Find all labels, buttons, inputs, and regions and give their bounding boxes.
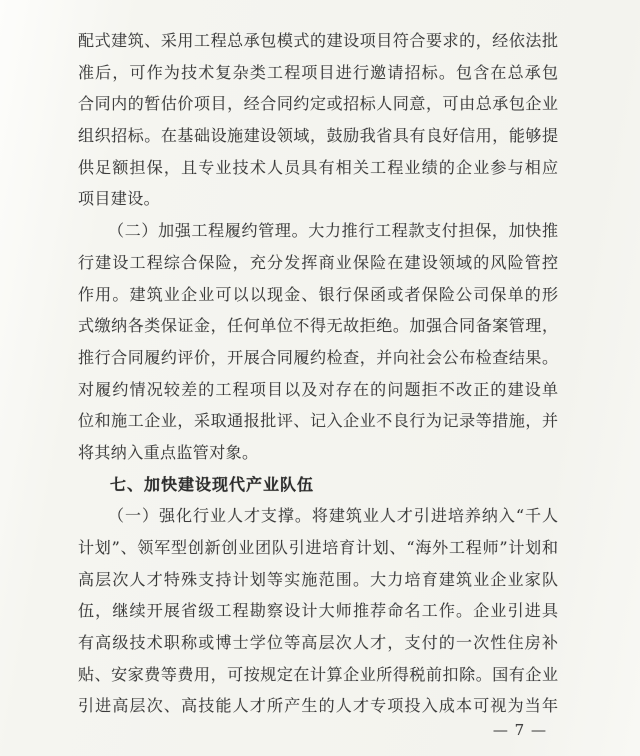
- text-line: 推行合同履约评价，开展合同履约检查，并向社会公布检查结果。: [78, 342, 558, 374]
- text-line: 作用。建筑业企业可以以现金、银行保函或者保险公司保单的形: [78, 279, 558, 311]
- text-line: 对履约情况较差的工程项目以及对存在的问题拒不改正的建设单: [78, 374, 558, 406]
- text-line: （一）强化行业人才支撑。将建筑业人才引进培养纳入“千人: [78, 500, 558, 532]
- text-line: 贴、安家费等费用，可按规定在计算企业所得税前扣除。国有企业: [78, 659, 558, 691]
- text-line: 伍，继续开展省级工程勘察设计大师推荐命名工作。企业引进具: [78, 595, 558, 627]
- text-line: 高层次人才特殊支持计划等实施范围。大力培育建筑业企业家队: [78, 564, 558, 596]
- text-line: 将其纳入重点监管对象。: [78, 437, 558, 469]
- text-line: 项目建设。: [78, 183, 558, 215]
- text-line: 计划”、领军型创新创业团队引进培育计划、“海外工程师”计划和: [78, 532, 558, 564]
- section-heading: 七、加快建设现代产业队伍: [78, 469, 558, 501]
- scanned-document-page: 配式建筑、采用工程总承包模式的建设项目符合要求的，经依法批准后，可作为技术复杂类…: [0, 0, 640, 756]
- text-line: 组织招标。在基础设施建设领域，鼓励我省具有良好信用，能够提: [78, 120, 558, 152]
- text-line: 配式建筑、采用工程总承包模式的建设项目符合要求的，经依法批: [78, 25, 558, 57]
- page-number: — 7 —: [0, 718, 547, 742]
- text-line: 准后，可作为技术复杂类工程项目进行邀请招标。包含在总承包: [78, 57, 558, 89]
- text-line: 行建设工程综合保险，充分发挥商业保险在建设领域的风险管控: [78, 247, 558, 279]
- text-line: 有高级技术职称或博士学位等高层次人才，支付的一次性住房补: [78, 627, 558, 659]
- text-line: （二）加强工程履约管理。大力推行工程款支付担保，加快推: [78, 215, 558, 247]
- text-line: 式缴纳各类保证金，任何单位不得无故拒绝。加强合同备案管理，: [78, 310, 558, 342]
- text-line: 位和施工企业，采取通报批评、记入企业不良行为记录等措施，并: [78, 405, 558, 437]
- text-line: 供足额担保，且专业技术人员具有相关工程业绩的企业参与相应: [78, 152, 558, 184]
- document-body: 配式建筑、采用工程总承包模式的建设项目符合要求的，经依法批准后，可作为技术复杂类…: [78, 25, 558, 722]
- text-line: 合同内的暂估价项目，经合同约定或招标人同意，可由总承包企业: [78, 88, 558, 120]
